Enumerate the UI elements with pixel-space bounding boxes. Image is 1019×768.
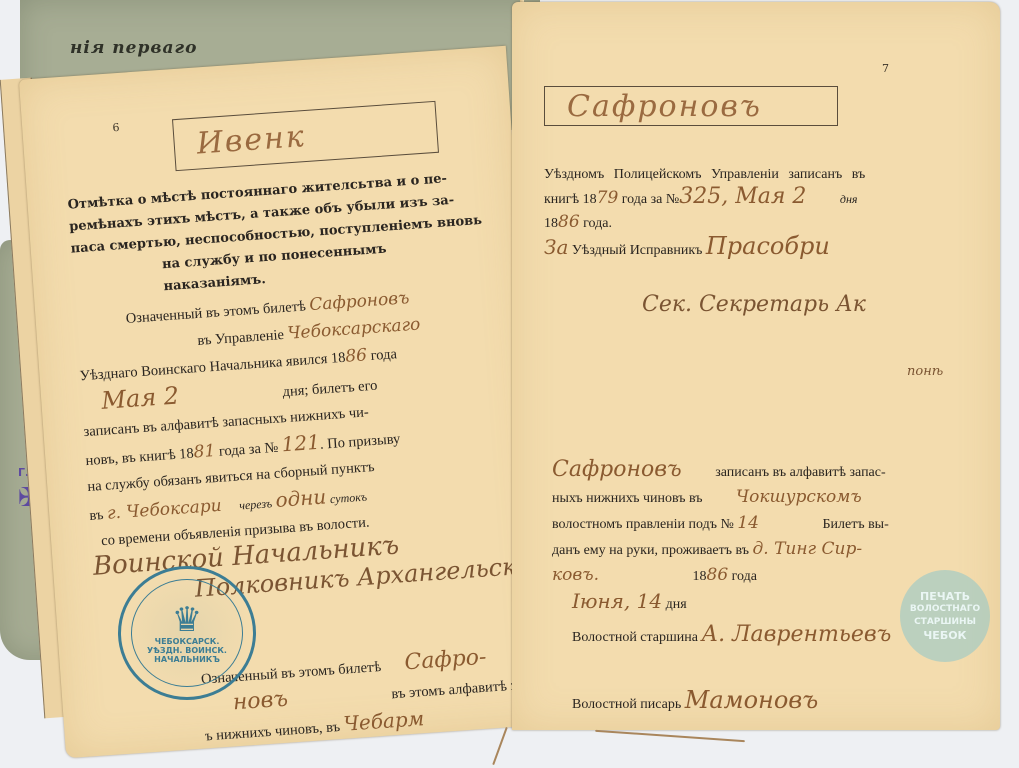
entry-l3-year: 86	[345, 345, 368, 366]
volost-l3-hand: 14	[737, 513, 759, 533]
bottom-l3-print: ъ нижнихъ чиновъ, въ	[205, 719, 341, 744]
police-line-1: Уѣздномъ Полицейскомъ Управленіи записан…	[544, 164, 964, 186]
volost-elder-stamp: ПЕЧАТЬ ВОЛОСТНАГО СТАРШИНЫ ЧЕБОК	[900, 570, 990, 662]
entry-l3-print-b: года	[370, 346, 397, 364]
police-line-4: За Уѣздный Исправникъ Прасобри	[544, 235, 964, 262]
entry-l1-hand: Сафроновъ	[309, 288, 410, 315]
volost-l4-hand: д. Тинг Сир-	[752, 539, 862, 559]
left-bottom-entry: Означенный въ этомъ билетѣ Сафро- новъ в…	[200, 640, 555, 749]
volost-l5-year: 86	[707, 565, 729, 585]
volost-line-4: данъ ему на руки, проживаетъ въ д. Тинг …	[552, 537, 992, 563]
volost-l5-print-b: года	[732, 569, 757, 584]
police-line-2: книгѣ 1879 года за №325, Мая 2 дня	[544, 186, 964, 211]
bottom-l1-hand: Сафро-	[384, 645, 487, 677]
volost-elder-label: Волостной старшина	[572, 630, 698, 645]
volost-clerk-label: Волостной писарь	[572, 697, 681, 712]
police-l2-a: книгѣ 18	[544, 192, 597, 207]
page-number-right: 7	[882, 62, 889, 75]
entry-l6-print-b: года за №	[218, 440, 278, 460]
police-record: Уѣздномъ Полицейскомъ Управленіи записан…	[544, 164, 964, 262]
police-l3-year: 86	[558, 212, 580, 232]
volost-l6-hand: Іюня, 14	[552, 589, 662, 613]
stamp-inner-ring	[131, 579, 243, 687]
police-l4-prefix: За	[544, 235, 568, 259]
name-box-left: Ивенк	[172, 101, 439, 171]
entry-l6-print-c: . По призыву	[319, 431, 400, 453]
volost-l1-print: записанъ въ алфавитѣ запас-	[685, 465, 885, 480]
entry-l2-hand: Чебоксарскаго	[287, 314, 421, 343]
entry-l8-print-c: сутокъ	[330, 490, 368, 507]
volost-stamp-line-2: ВОЛОСТНАГО	[910, 603, 980, 616]
volost-line-2: ныхъ нижнихъ чиновъ въ Чокшурскомъ	[552, 485, 992, 511]
left-entry: Означенный въ этомъ билетѣ Сафроновъ въ …	[75, 278, 521, 554]
entry-l8-print-a: въ	[89, 507, 104, 524]
bottom-l3-hand: Чебарм	[343, 706, 425, 736]
entry-l6-number: 121	[281, 430, 321, 457]
name-box-right: Сафроновъ	[544, 86, 838, 126]
volost-l4-print: данъ ему на руки, проживаетъ въ	[552, 543, 749, 558]
volost-stamp-line-3: СТАРШИНЫ	[910, 616, 980, 629]
page-number-left: 6	[112, 121, 120, 134]
police-chief-signature: Прасобри	[706, 232, 830, 260]
police-l2-c: дня	[810, 192, 858, 206]
entry-l6-year: 81	[193, 441, 216, 462]
cover-text: нія перваго	[70, 38, 197, 58]
military-chief-stamp: ♛ ЧЕБОКСАРСК. УѢЗДН. ВОИНСК. НАЧАЛЬНИКЪ	[118, 566, 256, 700]
police-l4-print: Уѣздный Исправникъ	[572, 243, 702, 258]
police-l3-a: 18	[544, 216, 558, 231]
left-page: 6 Ивенк Отмѣтка о мѣстѣ постояннаго жите…	[19, 46, 553, 758]
name-box-right-text: Сафроновъ	[567, 89, 762, 124]
volost-elder-signature: А. Лаврентьевъ	[702, 622, 892, 647]
binding-thread-loose	[492, 727, 508, 765]
police-l2-b: года за №	[622, 192, 679, 207]
volost-line-1: Сафроновъ записанъ въ алфавитѣ запас-	[552, 458, 992, 485]
entry-l2-print: въ Управленіе	[197, 327, 285, 349]
volost-l5-hand: ковъ.	[552, 565, 599, 585]
secretary-signature: Сек. Секретарь Ак	[642, 292, 866, 317]
volost-clerk-signature: Мамоновъ	[685, 686, 818, 714]
binding-thread	[595, 730, 745, 742]
entry-l6-print-a: новъ, въ книгѣ 18	[85, 446, 194, 470]
volost-l3-print-b: Билетъ вы-	[762, 517, 888, 532]
volost-stamp-line-4: ЧЕБОК	[910, 629, 980, 642]
police-l3-b: года.	[583, 216, 612, 231]
entry-l4-month: Мая 2	[81, 381, 180, 416]
volost-l2-print: ныхъ нижнихъ чиновъ въ	[552, 491, 702, 506]
volost-clerk-line: Волостной писарь Мамоновъ	[552, 688, 992, 717]
police-l2-year: 79	[597, 188, 619, 208]
entry-l8-place: г. Чебоксари	[106, 496, 222, 524]
police-l2-num: 325, Мая 2	[679, 184, 806, 209]
volost-l3-print-a: волостномъ правленіи подъ №	[552, 517, 734, 532]
volost-l2-hand: Чокшурскомъ	[706, 487, 862, 507]
volost-stamp-content: ПЕЧАТЬ ВОЛОСТНАГО СТАРШИНЫ ЧЕБОК	[910, 590, 980, 642]
volost-line-3: волостномъ правленіи подъ № 14 Билетъ вы…	[552, 511, 992, 537]
name-box-left-text: Ивенк	[196, 119, 307, 162]
volost-l6-print: дня	[666, 597, 687, 612]
entry-l8-print-b: черезъ	[225, 496, 273, 513]
volost-l1-hand: Сафроновъ	[552, 457, 682, 482]
volost-stamp-line-1: ПЕЧАТЬ	[910, 590, 980, 603]
volost-l5-print-a: 18	[603, 569, 707, 584]
entry-l8-days: одни	[275, 484, 327, 511]
small-signature: понѣ	[907, 364, 943, 379]
